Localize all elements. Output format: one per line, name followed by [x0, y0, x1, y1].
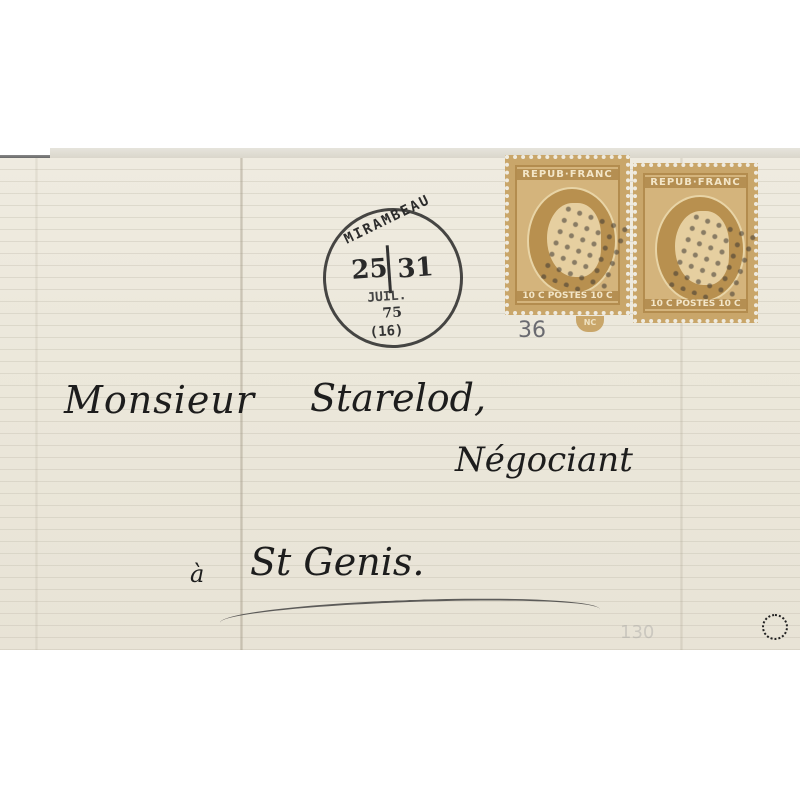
address-profession: Négociant — [455, 440, 633, 480]
postmark-separator — [386, 245, 392, 293]
postmark-day: 25 — [350, 253, 388, 285]
fold-line — [35, 158, 38, 650]
postmark-time: 31 — [396, 252, 434, 284]
stamp-bottom-text: 10 C POSTES 10 C — [517, 291, 618, 301]
address-preposition: à — [190, 560, 204, 588]
postmark-month: JUIL. — [367, 288, 407, 306]
dealer-seal-icon — [762, 614, 788, 640]
address-city: St Genis. — [250, 540, 424, 584]
stamp-ceres-10c: REPUB·FRANC 10 C POSTES 10 C — [505, 155, 630, 315]
stamp-top-text: REPUB·FRANC — [645, 177, 746, 188]
stamp-ceres-10c: REPUB·FRANC 10 C POSTES 10 C — [633, 163, 758, 323]
ceres-head-icon — [655, 195, 745, 303]
postmark-year: 75 — [382, 304, 403, 321]
ceres-head-icon — [527, 187, 617, 295]
address-salutation: Monsieur — [64, 378, 255, 422]
address-name: Starelod, — [310, 376, 486, 420]
faint-pencil-number: 130 — [620, 622, 654, 643]
pencil-note: 36 — [518, 318, 546, 343]
stamp-top-text: REPUB·FRANC — [517, 169, 618, 180]
postmark-dept: (16) — [369, 322, 404, 340]
stamp-bottom-text: 10 C POSTES 10 C — [645, 299, 746, 309]
